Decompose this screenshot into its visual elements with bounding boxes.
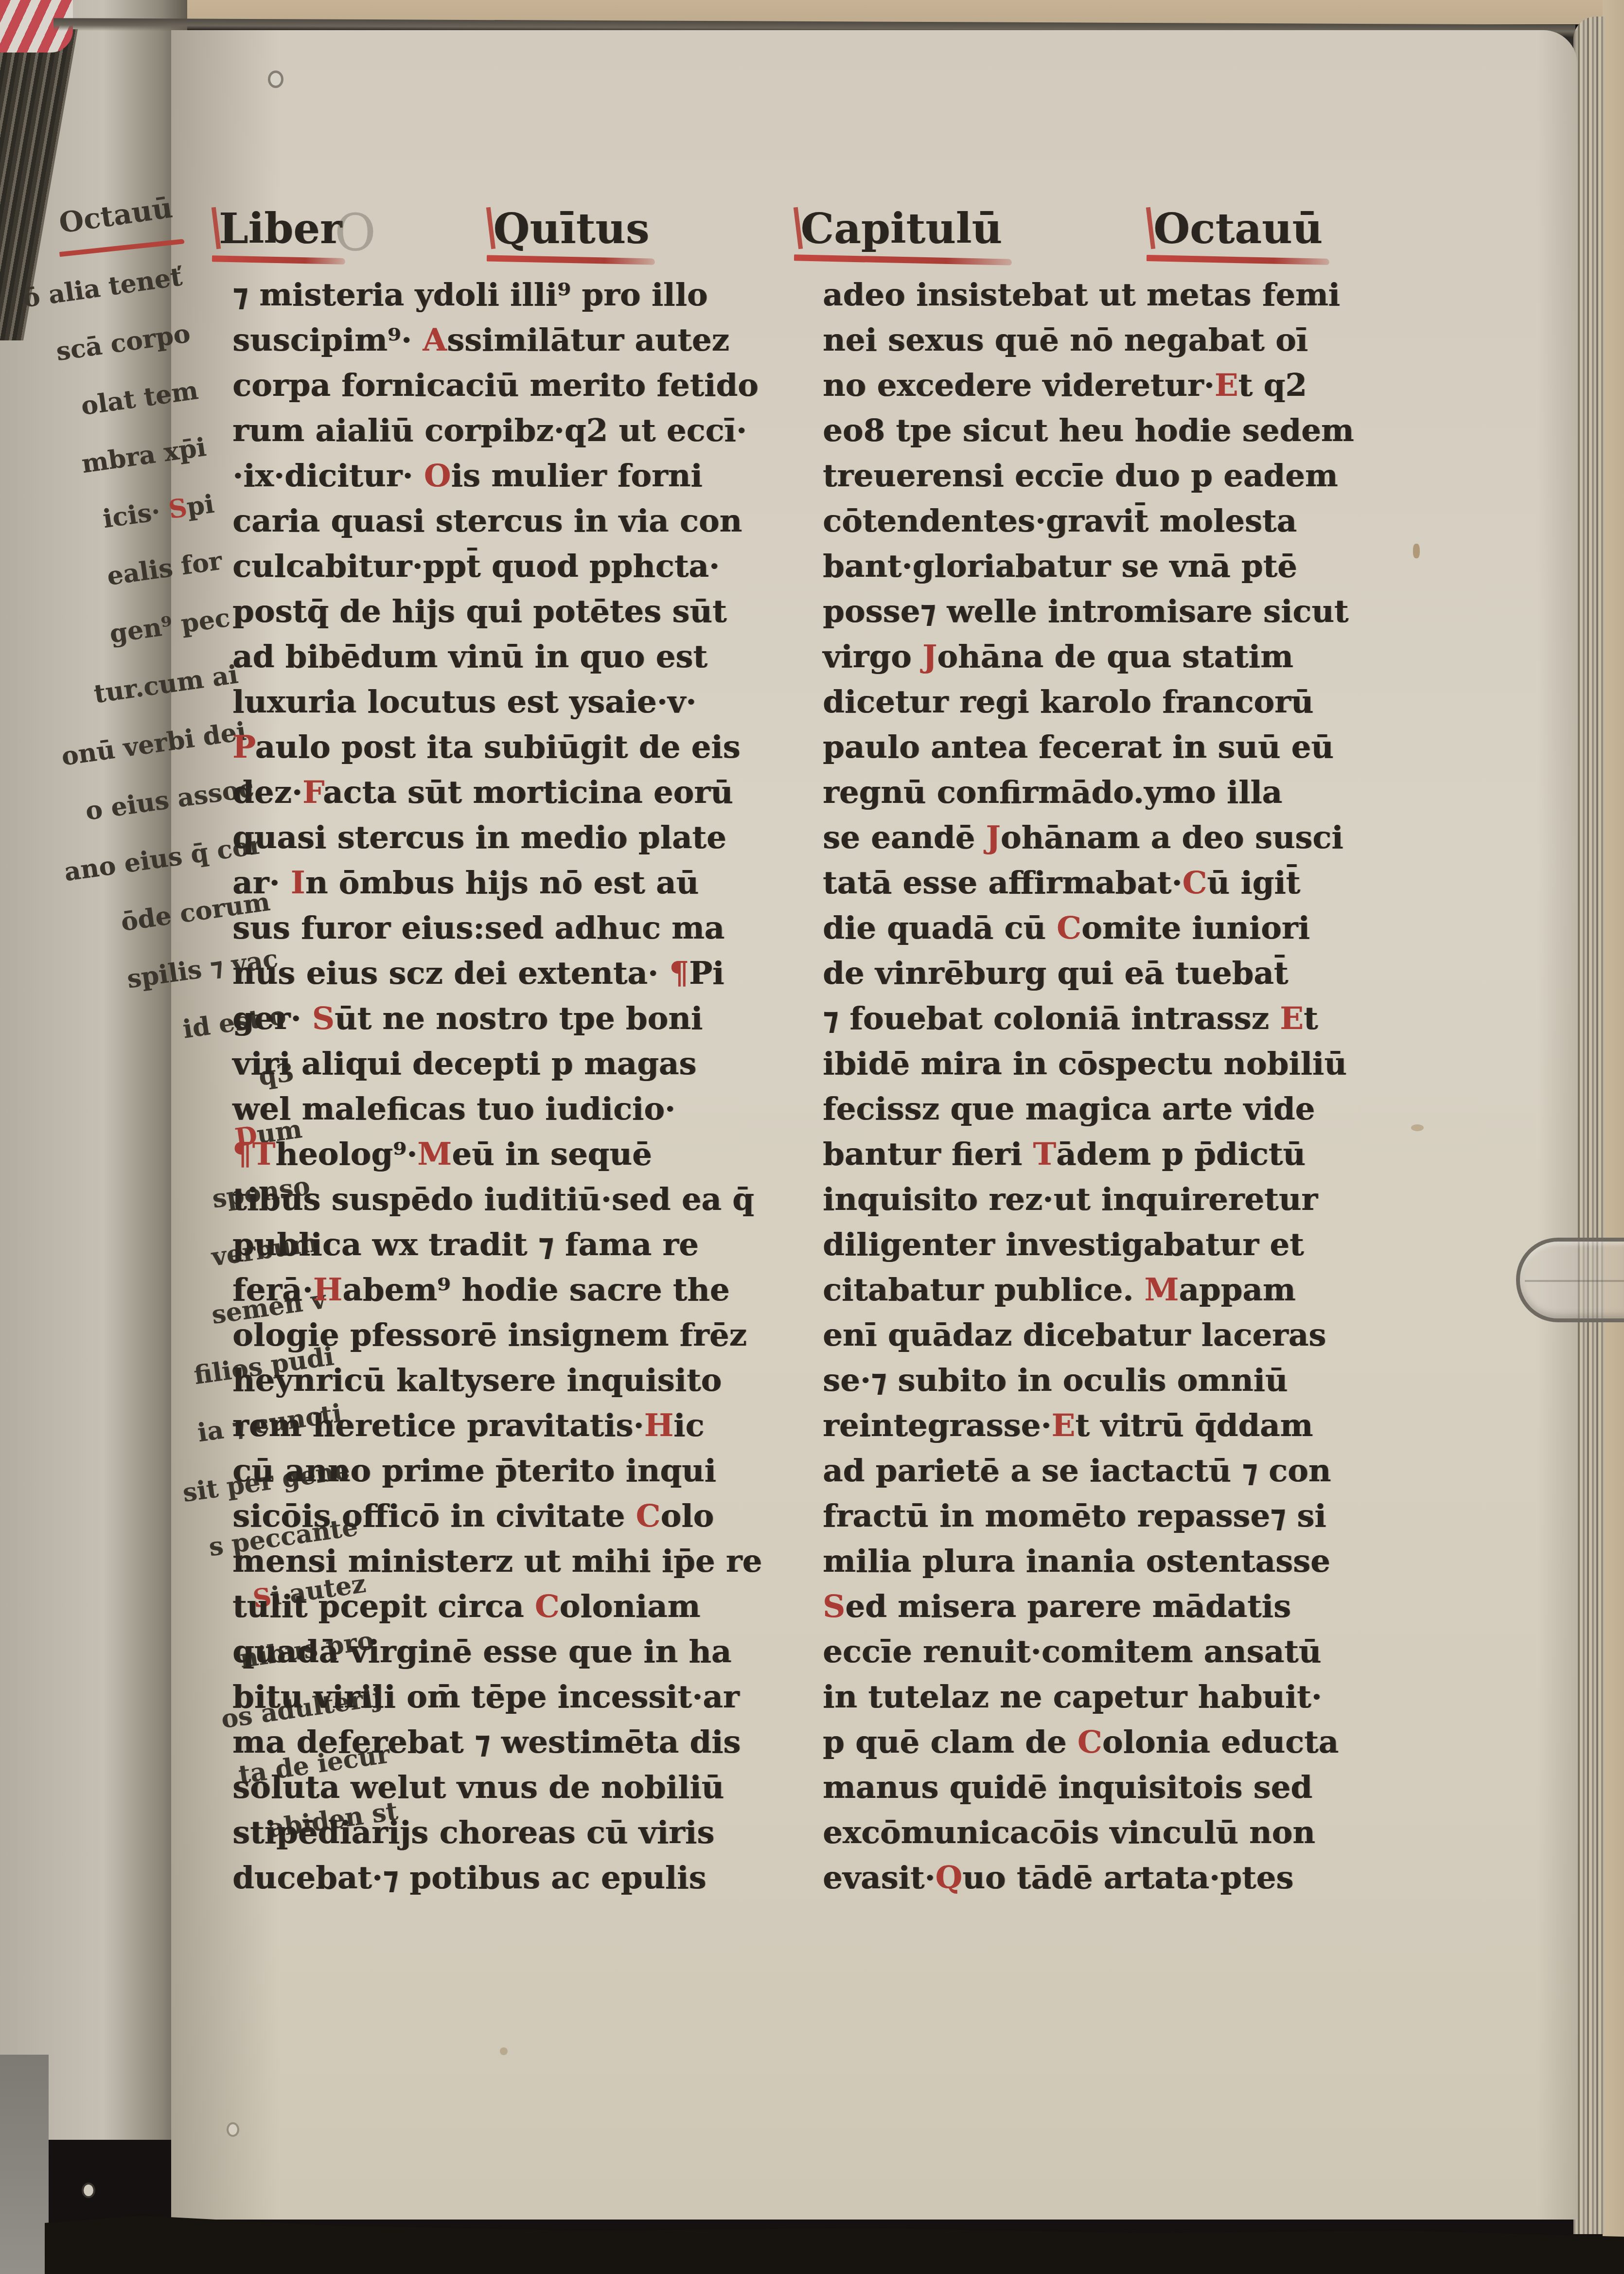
text-run: ū igit̄ [1207,865,1300,901]
text-run: heolog⁹· [275,1136,417,1173]
text-line: rem heretice pravitatis·Hic [232,1403,738,1448]
text-line: sicōis officō in civitate Colo [232,1493,738,1539]
text-run: paulo antea fecerat in suū eū [823,729,1334,765]
text-run: ic [673,1407,704,1444]
running-header-word: Liber [219,204,342,253]
rubricated-letter: E [1280,1000,1304,1037]
rubricated-letter: E [1052,1407,1076,1444]
text-line: se·⁊ subito in oculis omniū [823,1358,1348,1403]
text-line: ⁊ misteria ydoli illi⁹ pro illo [232,272,738,318]
text-line: postq̄ de hijs qui potētes sūt [232,589,738,634]
text-run: ger· [232,1000,312,1037]
background-bottom [45,2212,1624,2274]
text-line: suscipim⁹· Assimilātur autez [232,318,738,363]
text-run: viri aliqui decepti p magas [232,1046,696,1082]
text-line: rum aialiū corpibz·q2 ut eccī· [232,408,738,453]
text-run: ducebat·⁊ potibus ac epulis [232,1860,706,1896]
rubricated-letter: C [1077,1724,1102,1760]
text-line: nus eius scz dei extenta· ¶Pi [232,951,738,996]
text-line: regnū confirmādo.ymo illa [823,770,1348,815]
running-header-word: Capitulū [801,204,1002,253]
text-run: pi [185,489,216,522]
text-line: citabatur publice. Mappam [823,1267,1348,1313]
text-run: de vinrēburg qui eā tuebat̄ [823,955,1288,992]
rubricated-letter: S [823,1588,845,1625]
text-run: eo8 tpe sicut heu hodie sedem [823,412,1354,449]
text-run: is mulier forni [451,458,703,494]
text-line: bantur fieri Tādem p p̄dictū [823,1132,1348,1177]
text-line: ad parietē a se iactactū ⁊ con [823,1448,1348,1493]
text-run: sicōis officō in civitate [232,1498,636,1534]
rubricated-letter: H [644,1407,673,1444]
text-run: quasi stercus in medio plate [232,819,726,856]
rubricated-letter: T [252,1136,276,1173]
wormhole [84,2185,93,2196]
text-line: nei sexus quē nō negabat oī [823,318,1348,363]
text-line: tibus suspēdo iuditiū·sed ea q̄ [232,1177,738,1222]
rubricated-letter: F [302,774,323,811]
text-line: enī quādaz dicebatur laceras [823,1313,1348,1358]
text-run: p quē clam de [823,1724,1077,1760]
text-run: cōtendentes·gravit̄ molesta [823,503,1297,539]
text-run: tulit pcepit circa [232,1588,535,1625]
text-line: bant·gloriabatur se vnā ptē [823,544,1348,589]
text-line: posse⁊ welle intromisare sicut [823,589,1348,634]
text-line: ar· In ōmbus hijs nō est aū [232,860,738,906]
text-line: ⁊ fouebat coloniā intrassz Et [823,996,1348,1041]
text-run: ⁊ misteria ydoli illi⁹ pro illo [232,277,707,313]
text-run: appam [1179,1272,1295,1308]
rubricated-letter: J [922,639,937,675]
text-line: paulo antea fecerat in suū eū [823,725,1348,770]
text-run: ed misera parere mādatis [845,1588,1291,1625]
fore-edge-outer-band [1603,0,1624,2274]
text-line: fractū in momēto repasse⁊ si [823,1493,1348,1539]
text-line: quadā virginē esse que in ha [232,1629,738,1674]
text-run: enī quādaz dicebatur laceras [823,1317,1326,1353]
rubricated-letter: I [291,865,305,901]
text-run: n ōmbus hijs nō est aū [305,865,699,901]
rubricated-letter: Q [936,1860,963,1896]
text-run: ar· [232,865,291,901]
text-line: caria quasi stercus in via con [232,498,738,544]
text-run: inquisito rez·ut inquireretur [823,1181,1318,1218]
text-run: omite iuniori [1081,910,1310,946]
text-run: heynricū kaltysere inquisito [232,1362,722,1399]
text-run: o eius assoc [84,773,256,826]
text-run: tatā esse affirmabat· [823,865,1182,901]
text-line: ger· Sūt ne nostro tpe boni [232,996,738,1041]
text-run: quadā virginē esse que in ha [232,1634,731,1670]
show-through-ghost-letter: O [335,203,376,263]
rubricated-letter: S [312,1000,335,1037]
text-run: icis· [101,496,171,534]
text-run: ·ix·dicitur· [232,458,424,494]
text-line: virgo Johāna de qua statim [823,634,1348,679]
text-run: ⁊ fouebat coloniā intrassz [823,1000,1280,1037]
text-run: aulo post ita subiūgit de eis [255,729,740,765]
text-line: treuerensi eccīe duo p eadem [823,453,1348,498]
text-line: culcabitur·ppt̄ quod pphcta· [232,544,738,589]
fore-edge-page-stack [1573,17,1605,2234]
wormhole [270,73,281,86]
text-run: ohāna de qua statim [937,639,1293,675]
text-run: ūt ne nostro tpe boni [335,1000,703,1037]
rubricated-letter: C [636,1498,661,1534]
text-run: eccīe renuit·comitem ansatū [823,1634,1321,1670]
text-run: bitu virili om̄ tēpe incessit·ar [232,1679,740,1715]
text-run: virgo [823,639,922,675]
text-run: t vitrū q̄ddam [1075,1407,1313,1444]
rubricated-letter: M [1145,1272,1179,1308]
text-run: in tutelaz ne capetur habuit· [823,1679,1322,1715]
text-line: excōmunicacōis vinculū non [823,1810,1348,1855]
text-run: bantur fieri [823,1136,1033,1173]
text-run: suscipim⁹· [232,322,423,358]
rubricated-letter: A [423,322,447,358]
text-run: t q2 [1238,367,1307,404]
text-run: eū in sequē [452,1136,652,1173]
text-run: luxuria locutus est ysaie·v· [232,684,696,720]
text-run: no excedere videretur· [823,367,1215,404]
text-run: ādem p p̄dictū [1056,1136,1306,1173]
text-line: manus quidē inquisitois sed [823,1765,1348,1810]
text-run: soluta welut vnus de nobiliū [232,1769,724,1806]
text-run: olat tem [79,375,200,421]
rubricated-letter: P [232,729,255,765]
text-run: Pi [689,955,724,992]
text-line: se eandē Johānam a deo susci [823,815,1348,860]
text-run: gen⁹ pec [108,603,232,649]
rubricated-letter: C [1182,865,1207,901]
text-line: ibidē mira in cōspectu nobiliū [823,1041,1348,1086]
text-column-right: adeo insistebat ut metas feminei sexus q… [823,272,1348,1901]
text-line: dicetur regi karolo francorū [823,679,1348,725]
text-line: eo8 tpe sicut heu hodie sedem [823,408,1348,453]
book-scan: { "page": { "kind": "incunable book page… [0,0,1624,2274]
text-line: de vinrēburg qui eā tuebat̄ [823,951,1348,996]
text-run: postq̄ de hijs qui potētes sūt [232,593,726,630]
text-run: ibidē mira in cōspectu nobiliū [823,1046,1347,1082]
text-line: ma deferebat ⁊ westimēta dis [232,1720,738,1765]
rubricated-letter: C [535,1588,560,1625]
rubricated-letter: E [1215,367,1238,404]
running-header: LiberQuītusCapitulūOctauū [219,204,1323,272]
text-run: cū anno prime p̄terito inqui [232,1453,716,1489]
text-line: die quadā cū Comite iuniori [823,906,1348,951]
text-line: in tutelaz ne capetur habuit· [823,1674,1348,1720]
text-run: bant·gloriabatur se vnā ptē [823,548,1297,585]
text-line: ad bibēdum vinū in quo est [232,634,738,679]
stain [500,2047,508,2055]
text-run: ma deferebat ⁊ westimēta dis [232,1724,741,1760]
text-run: adeo insistebat ut metas femi [823,277,1340,313]
text-run: reintegrasse· [823,1407,1052,1444]
text-run: publica wx tradit ⁊ fama re [232,1226,699,1263]
text-line: dez·Facta sūt morticina eorū [232,770,738,815]
text-run: se eandē [823,819,986,856]
text-run: abem⁹ hodie sacre the [342,1272,729,1308]
text-run: treuerensi eccīe duo p eadem [823,458,1338,494]
text-run: milia plura inania ostentasse [823,1543,1330,1580]
text-line: reintegrasse·Et vitrū q̄ddam [823,1403,1348,1448]
text-line: adeo insistebat ut metas femi [823,272,1348,318]
text-line: viri aliqui decepti p magas [232,1041,738,1086]
background-table-strip [0,2055,49,2274]
text-line: heynricū kaltysere inquisito [232,1358,738,1403]
text-run: evasit· [823,1860,936,1896]
text-line: ducebat·⁊ potibus ac epulis [232,1855,738,1901]
text-line: ·ix·dicitur· Ois mulier forni [232,453,738,498]
text-line: luxuria locutus est ysaie·v· [232,679,738,725]
rubricated-letter: M [417,1136,452,1173]
running-header-word: Quītus [494,204,650,253]
text-run: caria quasi stercus in via con [232,503,742,539]
text-run: rem heretice pravitatis· [232,1407,644,1444]
text-run: fecissz que magica arte vide [823,1091,1315,1127]
text-run: ssimilātur autez [447,322,729,358]
text-line: mensi ministerz ut mihi ip̄e re [232,1539,738,1584]
text-line: no excedere videretur·Et q2 [823,363,1348,408]
page-holder-clip [1516,1238,1624,1322]
stain [1413,544,1420,558]
text-run: citabatur publice. [823,1272,1145,1308]
text-run: diligenter investigabatur et [823,1226,1304,1263]
text-run: ferā· [232,1272,313,1308]
text-column-left: ⁊ misteria ydoli illi⁹ pro illosuscipim⁹… [232,272,738,1901]
text-run: nus eius scz dei extenta· [232,955,669,992]
text-line: cū anno prime p̄terito inqui [232,1448,738,1493]
text-run: se·⁊ subito in oculis omniū [823,1362,1288,1399]
text-run: onū verbi dei [60,716,248,772]
text-line: ¶Theolog⁹·Meū in sequē [232,1132,738,1177]
text-line: wel maleficas tuo iudicio· [232,1086,738,1132]
text-line: milia plura inania ostentasse [823,1539,1348,1584]
rubricated-letter: O [424,458,451,494]
rubricated-letter: ¶ [669,955,689,992]
text-line: eccīe renuit·comitem ansatū [823,1629,1348,1674]
text-line: diligenter investigabatur et [823,1222,1348,1267]
text-run: tibus suspēdo iuditiū·sed ea q̄ [232,1181,754,1218]
text-run: corpa fornicaciū merito fetido [232,367,759,404]
text-run: regnū confirmādo.ymo illa [823,774,1282,811]
text-run: scā corpo [54,319,192,367]
text-run: ealis for [105,546,224,592]
rubricated-letter: T [1033,1136,1056,1173]
text-run: ologie pfessorē insignem frēz [232,1317,747,1353]
text-line: bitu virili om̄ tēpe incessit·ar [232,1674,738,1720]
stain [1411,1124,1424,1131]
text-run: rum aialiū corpibz·q2 ut eccī· [232,412,747,449]
text-line: soluta welut vnus de nobiliū [232,1765,738,1810]
text-run: olonia educta [1102,1724,1339,1760]
text-line: ferā·Habem⁹ hodie sacre the [232,1267,738,1313]
running-header-word: Octauū [1153,204,1323,253]
text-line: tulit pcepit circa Coloniam [232,1584,738,1629]
text-run: ohānam a deo susci [1001,819,1343,856]
text-run: nei sexus quē nō negabat oī [823,322,1308,358]
text-line: cōtendentes·gravit̄ molesta [823,498,1348,544]
text-line: tatā esse affirmabat·Cū igit̄ [823,860,1348,906]
text-line: Paulo post ita subiūgit de eis [232,725,738,770]
text-run: oloniam [560,1588,701,1625]
text-line: Sed misera parere mādatis [823,1584,1348,1629]
rubricated-letter: J [986,819,1001,856]
text-run: olo [661,1498,714,1534]
text-run: fractū in momēto repasse⁊ si [823,1498,1326,1534]
text-run: wel maleficas tuo iudicio· [232,1091,675,1127]
text-line: quasi stercus in medio plate [232,815,738,860]
text-run: posse⁊ welle intromisare sicut [823,593,1348,630]
text-run: t [1304,1000,1318,1037]
text-run: die quadā cū [823,910,1057,946]
text-line: fecissz que magica arte vide [823,1086,1348,1132]
text-line: sus furor eius:sed adhuc ma [232,906,738,951]
text-run: ad parietē a se iactactū ⁊ con [823,1453,1331,1489]
text-line: ologie pfessorē insignem frēz [232,1313,738,1358]
rubricated-letter: ¶ [232,1136,252,1173]
text-run: manus quidē inquisitois sed [823,1769,1312,1806]
text-run: dicetur regi karolo francorū [823,684,1313,720]
text-run: sus furor eius:sed adhuc ma [232,910,724,946]
text-line: stipēdiarijs choreas cū viris [232,1810,738,1855]
text-line: inquisito rez·ut inquireretur [823,1177,1348,1222]
text-run: mbra xp̄i [80,432,208,479]
text-run: dez· [232,774,302,811]
text-run: mensi ministerz ut mihi ip̄e re [232,1543,762,1580]
text-line: evasit·Quo tādē artata·ptes [823,1855,1348,1901]
text-run: excōmunicacōis vinculū non [823,1814,1315,1851]
text-run: culcabitur·ppt̄ quod pphcta· [232,548,720,585]
text-line: publica wx tradit ⁊ fama re [232,1222,738,1267]
text-line: p quē clam de Colonia educta [823,1720,1348,1765]
text-run: ad bibēdum vinū in quo est [232,639,707,675]
text-run: ō alia teneť [21,262,184,313]
text-run: stipēdiarijs choreas cū viris [232,1814,714,1851]
rubricated-letter: H [313,1272,342,1308]
text-run: acta sūt morticina eorū [323,774,733,811]
text-run: uo tādē artata·ptes [962,1860,1293,1896]
rubricated-letter: C [1057,910,1081,946]
text-run: tur.cum ai [92,659,240,709]
text-line: corpa fornicaciū merito fetido [232,363,738,408]
wormhole [229,2124,237,2135]
